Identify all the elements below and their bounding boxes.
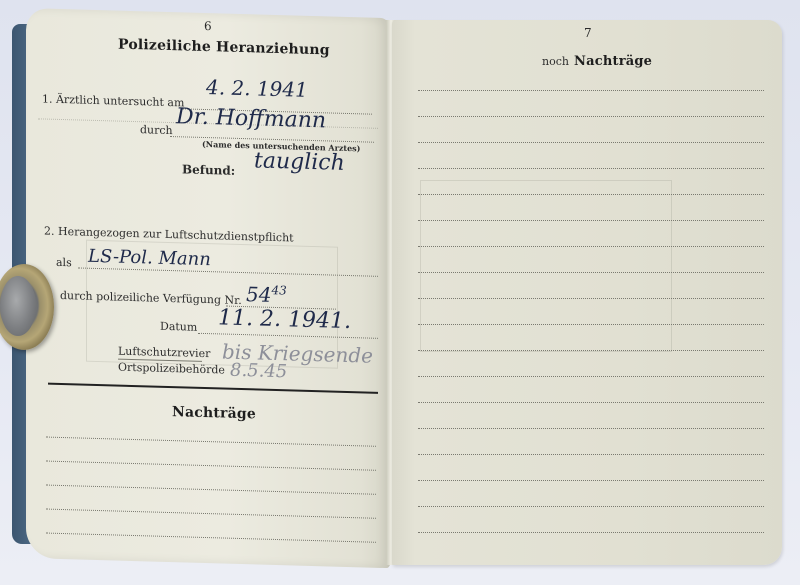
addenda-title: Nachträge	[172, 404, 256, 422]
addenda-line	[418, 142, 764, 143]
title-text: Nachträge	[574, 54, 652, 69]
addenda-line	[46, 437, 376, 447]
label-police-authority: Ortspolizeibehörde	[118, 361, 225, 377]
page-number: 7	[584, 26, 592, 40]
coin-center	[0, 276, 36, 336]
addenda-line	[46, 533, 376, 543]
value-examined-date: 4. 2. 1941	[206, 75, 308, 102]
addenda-line	[46, 509, 376, 519]
order-number-sup: 43	[271, 283, 286, 297]
section-rule	[48, 383, 378, 394]
addenda-line	[418, 376, 764, 377]
addenda-line	[46, 461, 376, 471]
title-prefix: noch	[542, 55, 569, 68]
value-order-number: 5443	[246, 282, 287, 307]
addenda-line	[418, 298, 764, 299]
addenda-line	[418, 272, 764, 273]
addenda-line	[418, 454, 764, 455]
label-finding: Befund:	[182, 162, 235, 177]
addenda-line	[418, 402, 764, 403]
bleed-through-table	[420, 180, 672, 352]
addenda-line	[418, 116, 764, 117]
value-police-authority: 8.5.45	[230, 360, 287, 383]
addenda-line	[418, 532, 764, 533]
addenda-line	[46, 485, 376, 495]
addenda-line	[418, 194, 764, 195]
right-page: 7 noch Nachträge	[392, 20, 782, 565]
addenda-line	[418, 480, 764, 481]
page-title: Polizeiliche Heranziehung	[118, 37, 330, 59]
value-date: 11. 2. 1941.	[218, 305, 351, 334]
value-as: LS-Pol. Mann	[88, 246, 211, 270]
value-finding: tauglich	[254, 148, 345, 176]
label-date: Datum	[160, 320, 197, 334]
addenda-line	[418, 506, 764, 507]
addenda-line	[418, 90, 764, 91]
addenda-line	[418, 220, 764, 221]
addenda-line	[418, 246, 764, 247]
label-examined: 1. Ärztlich untersucht am	[42, 92, 184, 109]
label-as: als	[56, 256, 72, 269]
addenda-line	[418, 168, 764, 169]
order-number-main: 54	[246, 282, 271, 307]
addenda-line	[418, 324, 764, 325]
addenda-line	[418, 350, 764, 351]
value-doctor: Dr. Hoffmann	[176, 104, 326, 133]
addenda-line	[418, 428, 764, 429]
label-air-raid-district: Luftschutzrevier	[118, 345, 210, 361]
left-page: 6 Polizeiliche Heranziehung 1. Ärztlich …	[26, 8, 390, 568]
page-number: 6	[204, 19, 212, 33]
label-by: durch	[140, 123, 173, 137]
page-title: noch Nachträge	[542, 50, 652, 69]
